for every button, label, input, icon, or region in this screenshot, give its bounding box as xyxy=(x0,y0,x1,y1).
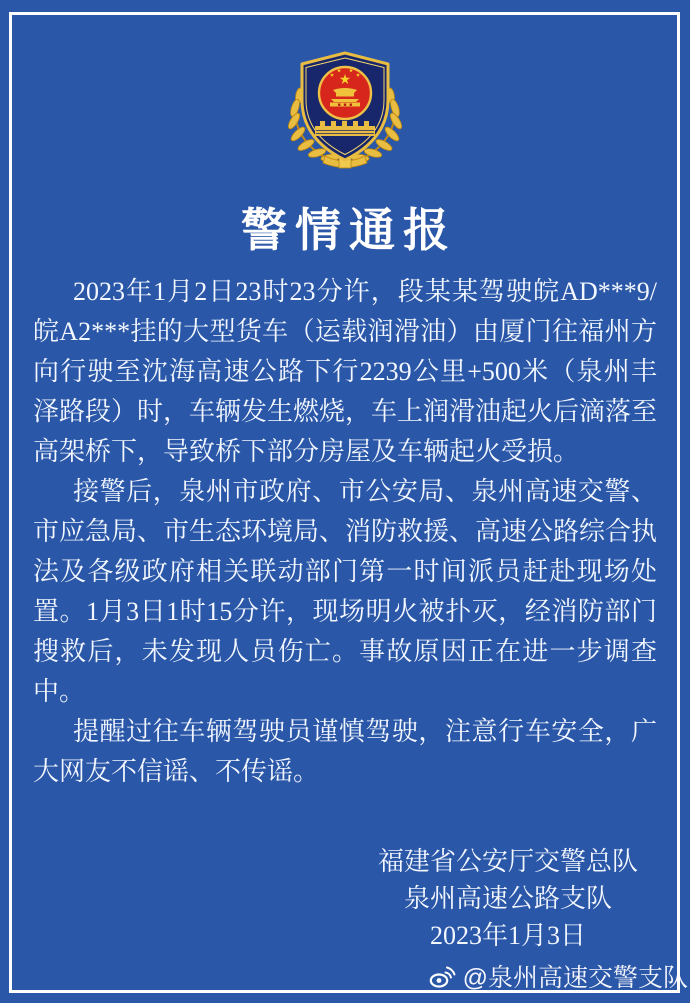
notice-title: 警情通报 xyxy=(0,194,690,260)
notice-paragraph-reminder: 提醒过往车辆驾驶员谨慎驾驶，注意行车安全，广大网友不信谣、不传谣。 xyxy=(33,712,657,792)
notice-paragraph-incident: 2023年1月2日23时23分许，段某某驾驶皖AD***9/皖A2***挂的大型… xyxy=(33,272,657,472)
weibo-icon xyxy=(428,963,456,989)
notice-poster: 警情通报 2023年1月2日23时23分许，段某某驾驶皖AD***9/皖A2**… xyxy=(0,0,690,1003)
signature-org-line-1: 福建省公安厅交警总队 xyxy=(378,843,638,880)
watermark-handle: @泉州高速交警支队 xyxy=(463,958,688,994)
badge-container xyxy=(0,48,690,174)
signature-org-line-2: 泉州高速公路支队 xyxy=(378,880,638,917)
police-emblem-icon xyxy=(269,48,421,174)
signature-date: 2023年1月3日 xyxy=(378,917,638,954)
watermark: @泉州高速交警支队 xyxy=(428,958,688,994)
notice-body: 2023年1月2日23时23分许，段某某驾驶皖AD***9/皖A2***挂的大型… xyxy=(33,272,657,792)
signature-block: 福建省公安厅交警总队 泉州高速公路支队 2023年1月3日 xyxy=(378,843,638,954)
notice-paragraph-response: 接警后，泉州市政府、市公安局、泉州高速交警、市应急局、市生态环境局、消防救援、高… xyxy=(33,472,657,712)
